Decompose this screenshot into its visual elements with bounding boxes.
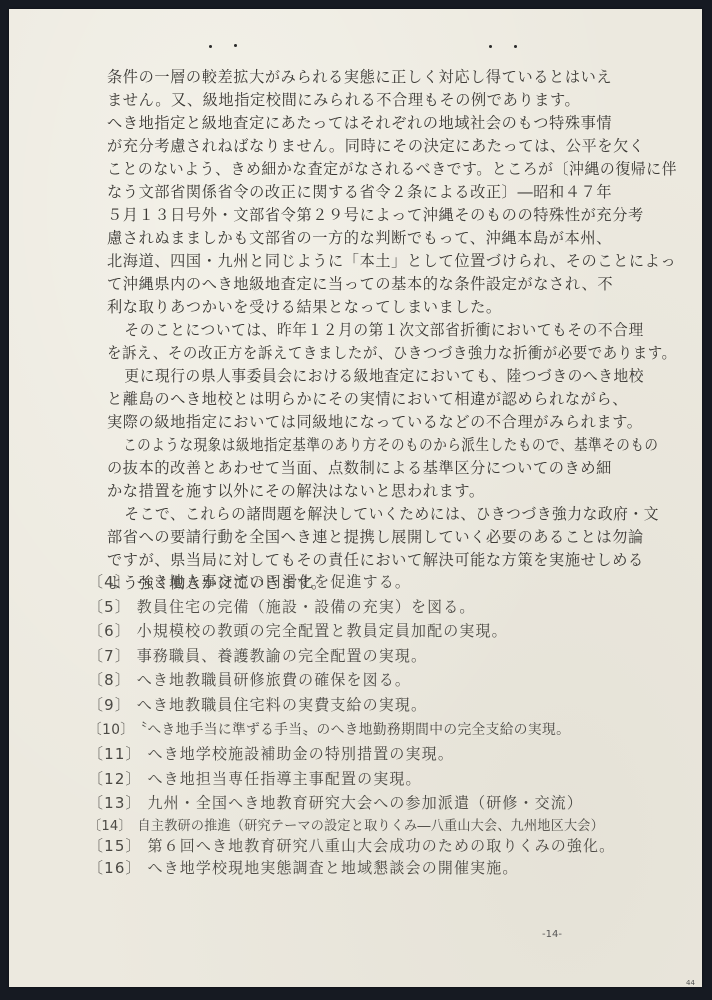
text-line: 慮されぬまましかも文部省の一方的な判断でもって、沖縄本島が本州、 — [107, 227, 677, 250]
text-line: そこで、これらの諸問題を解決していくためには、ひきつづき強力な政府・文 — [107, 503, 659, 526]
item-number: 〔8〕 — [88, 671, 131, 689]
text-line: が充分考慮されねばなりません。同時にその決定にあたっては、公平を欠く — [107, 135, 677, 158]
punch-hole-mark — [209, 45, 212, 48]
text-line: ５月１３日号外・文部省令第２９号によって沖縄そのものの特殊性が充分考 — [107, 204, 677, 227]
text-line: 部省への要請行動を全国へき連と提携し展開していく必要のあることは勿論 — [107, 526, 677, 549]
text-line: ことのないよう、きめ細かな査定がなされるべきです。ところが〔沖縄の復帰に伴 — [107, 158, 664, 181]
item-text: へき地学校施設補助金の特別措置の実現。 — [147, 745, 454, 763]
list-item: 〔9〕へき地教職員住宅料の実費支給の実現。 — [88, 693, 648, 718]
item-text: 九州・全国へき地教育研究大会への参加派遣（研修・交流） — [147, 794, 583, 812]
item-number: 〔4〕 — [88, 573, 131, 591]
text-line: て沖縄県内のへき地級地査定に当っての基本的な条件設定がなされ、不 — [107, 273, 677, 296]
item-text: 自主教研の推進（研究テーマの設定と取りくみ―八重山大会、九州地区大会） — [138, 818, 604, 834]
text-line: の抜本的改善とあわせて当面、点数制による基準区分についてのきめ細 — [107, 457, 677, 480]
list-item: 〔16〕へき地学校現地実態調査と地域懇談会の開催実施。 — [88, 856, 648, 881]
item-number: 〔14〕 — [88, 818, 132, 834]
item-text: 〝へき地手当に準ずる手当〟のへき地勤務期間中の完全支給の実現。 — [140, 722, 570, 738]
item-number: 〔9〕 — [88, 696, 131, 714]
list-item: 〔11〕へき地学校施設補助金の特別措置の実現。 — [88, 742, 648, 767]
item-text: へき地教職員研修旅費の確保を図る。 — [137, 671, 411, 689]
item-text: 第６回へき地教育研究八重山大会成功のための取りくみの強化。 — [147, 837, 615, 855]
item-text: へき地担当専任指導主事配置の実現。 — [147, 770, 421, 788]
item-number: 〔10〕 — [88, 722, 134, 738]
text-line: ですが、県当局に対してもその責任において解決可能な方策を実施せしめる — [107, 549, 677, 572]
item-text: へき地教職員住宅料の実費支給の実現。 — [137, 696, 427, 714]
item-text: 小規模校の教頭の完全配置と教員定員加配の実現。 — [137, 622, 508, 640]
item-text: 教員住宅の完備（施設・設備の充実）を図る。 — [137, 598, 476, 616]
item-text: 事務職員、養護教諭の完全配置の実現。 — [137, 647, 427, 665]
item-number: 〔15〕 — [88, 837, 142, 855]
list-item: 〔8〕へき地教職員研修旅費の確保を図る。 — [88, 668, 648, 693]
text-line: なう文部省関係省令の改正に関する省令２条による改正〕―昭和４７年 — [107, 181, 677, 204]
item-number: 〔16〕 — [88, 859, 142, 877]
item-number: 〔6〕 — [88, 622, 131, 640]
list-item: 〔5〕教員住宅の完備（施設・設備の充実）を図る。 — [88, 595, 648, 620]
text-line: ません。又、級地指定校間にみられる不合理もその例であります。 — [107, 89, 677, 112]
text-line: かな措置を施す以外にその解決はないと思われます。 — [107, 480, 677, 503]
scan-corner-mark: 44 — [686, 979, 695, 987]
item-number: 〔12〕 — [88, 770, 142, 788]
list-item: 〔10〕〝へき地手当に準ずる手当〟のへき地勤務期間中の完全支給の実現。 — [88, 718, 648, 743]
text-line: を訴え、その改正方を訴えてきましたが、ひきつづき強力な折衝が必要であります。 — [107, 342, 649, 365]
punch-hole-mark — [514, 45, 517, 48]
item-text: へき地人事交流の円滑化を促進する。 — [137, 573, 411, 591]
text-line: へき地指定と級地査定にあたってはそれぞれの地域社会のもつ特殊事情 — [107, 112, 677, 135]
text-line: このような現象は級地指定基準のあり方そのものから派生したもので、基準そのもの — [107, 434, 616, 457]
text-line: 利な取りあつかいを受ける結果となってしまいました。 — [107, 296, 677, 319]
item-number: 〔7〕 — [88, 647, 131, 665]
text-line: 北海道、四国・九州と同じように「本土」として位置づけられ、そのことによっ — [107, 250, 677, 273]
punch-hole-mark — [234, 44, 237, 47]
text-line: 条件の一層の較差拡大がみられる実態に正しく対応し得ているとはいえ — [107, 66, 677, 89]
text-line: 実際の級地指定においては同級地になっているなどの不合理がみられます。 — [107, 411, 677, 434]
scan-background: 条件の一層の較差拡大がみられる実態に正しく対応し得ているとはいえ ません。又、級… — [0, 0, 712, 1000]
list-item: 〔6〕小規模校の教頭の完全配置と教員定員加配の実現。 — [88, 619, 648, 644]
item-number: 〔5〕 — [88, 598, 131, 616]
body-text: 条件の一層の較差拡大がみられる実態に正しく対応し得ているとはいえ ません。又、級… — [107, 66, 677, 595]
list-item: 〔15〕第６回へき地教育研究八重山大会成功のための取りくみの強化。 — [88, 836, 648, 856]
list-item: 〔13〕九州・全国へき地教育研究大会への参加派遣（研修・交流） — [88, 791, 648, 816]
list-item: 〔14〕自主教研の推進（研究テーマの設定と取りくみ―八重山大会、九州地区大会） — [88, 816, 648, 836]
list-item: 〔12〕へき地担当専任指導主事配置の実現。 — [88, 767, 648, 792]
list-item: 〔4〕へき地人事交流の円滑化を促進する。 — [88, 570, 648, 595]
item-number: 〔11〕 — [88, 745, 142, 763]
list-item: 〔7〕事務職員、養護教諭の完全配置の実現。 — [88, 644, 648, 669]
punch-hole-mark — [489, 45, 492, 48]
item-number: 〔13〕 — [88, 794, 142, 812]
text-line: 更に現行の県人事委員会における級地査定においても、陸つづきのへき地校 — [107, 365, 659, 388]
numbered-demands-list: 〔4〕へき地人事交流の円滑化を促進する。 〔5〕教員住宅の完備（施設・設備の充実… — [88, 570, 668, 881]
page-number: -14- — [542, 929, 562, 940]
item-text: へき地学校現地実態調査と地域懇談会の開催実施。 — [147, 859, 518, 877]
text-line: と離島のへき地校とは明らかにその実情において相違が認められながら、 — [107, 388, 677, 411]
text-line: そのことについては、昨年１２月の第１次文部省折衝においてもその不合理 — [107, 319, 659, 342]
